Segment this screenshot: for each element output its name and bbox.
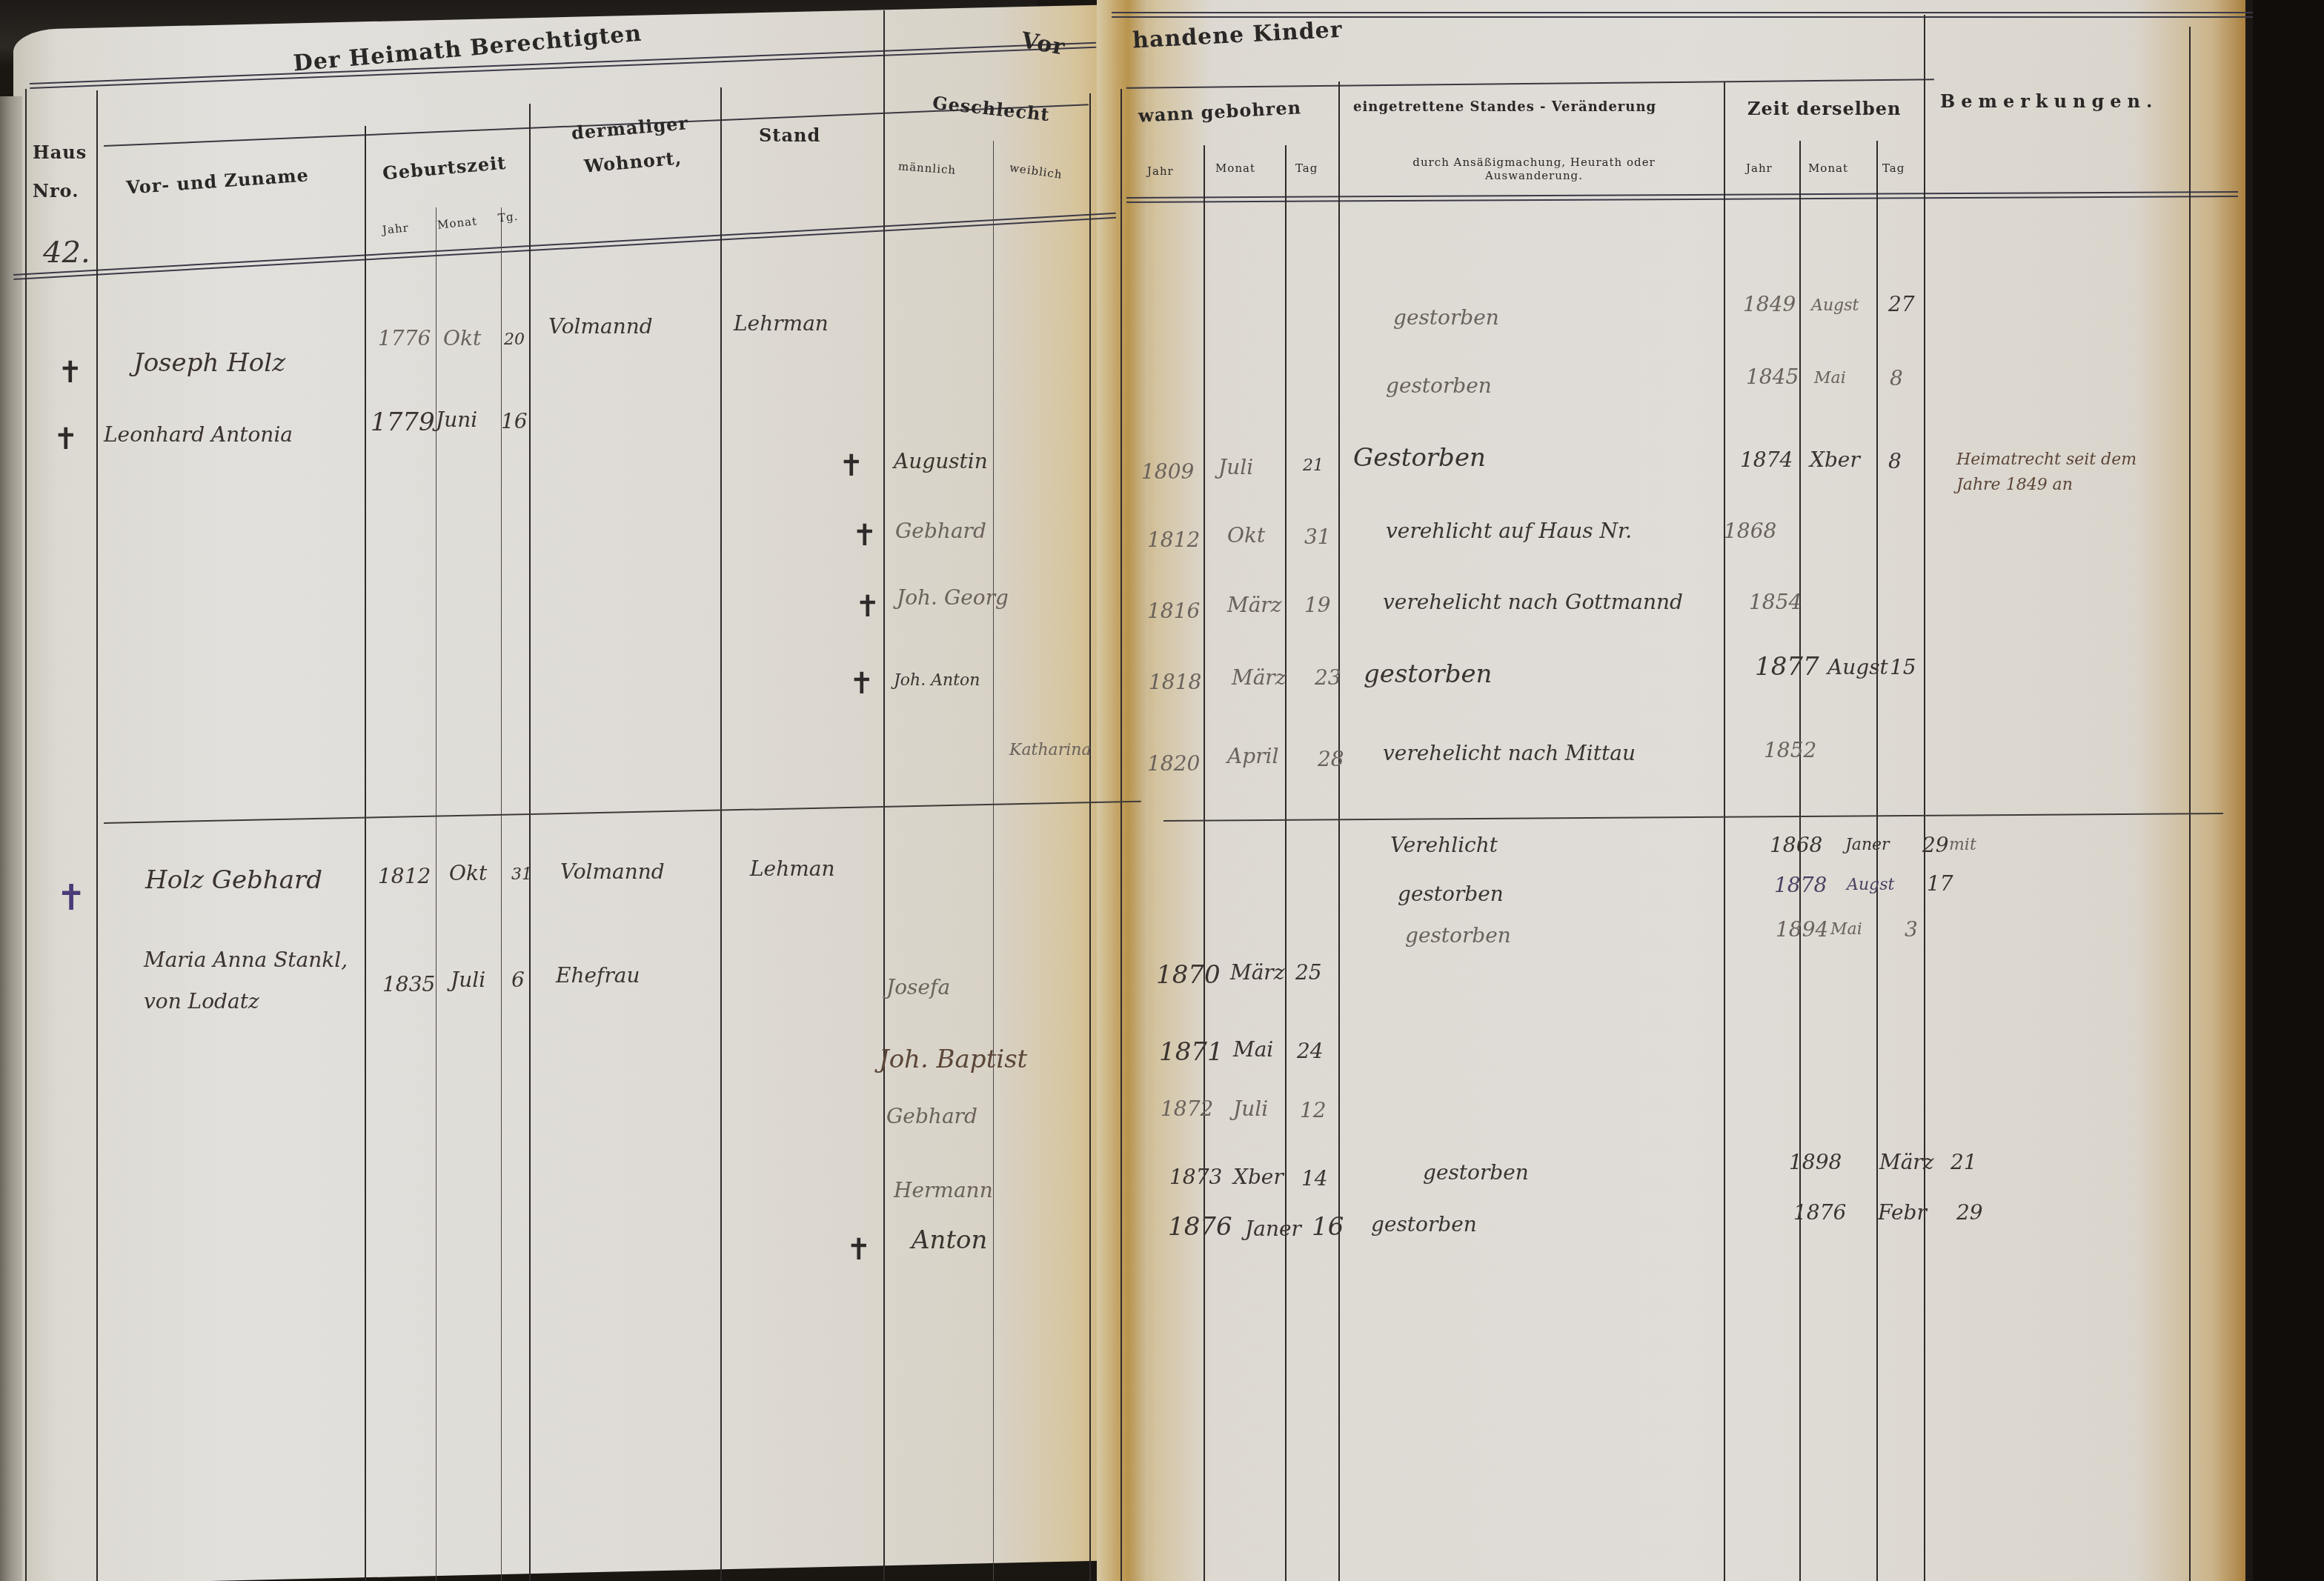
child-change-year: 1877 <box>1755 652 1819 682</box>
col-rule <box>993 141 994 1581</box>
child-name: Gebhard <box>895 519 986 543</box>
parent-birth-day: 20 <box>504 330 525 349</box>
child-remark: Heimatrecht seit dem Jahre 1849 an <box>1956 447 2179 498</box>
child-birth-day: 14 <box>1301 1166 1328 1191</box>
deceased-cross-icon: ✝ <box>839 449 864 483</box>
child-name: Josefa <box>886 975 950 999</box>
extra-change-year: 1894 <box>1776 917 1828 942</box>
extra-change-month: Mai <box>1830 920 1862 939</box>
child-birth-day: 12 <box>1300 1098 1327 1122</box>
register-book-spread: Der Heimath Berechtigten Vor Haus Nro. V… <box>0 0 2324 1581</box>
child-change-month: Augst <box>1827 655 1888 679</box>
child-birth-month: März <box>1232 665 1286 690</box>
col-rule <box>96 90 98 1581</box>
child-change: gestorben <box>1364 659 1493 689</box>
background-right <box>2253 0 2324 1581</box>
child-birth-day: 19 <box>1304 593 1331 617</box>
child-birth-month: Mai <box>1233 1037 1273 1062</box>
col-rule <box>1876 141 1878 1581</box>
parent-change-day: 8 <box>1890 366 1903 390</box>
child-name: Joh. Georg <box>897 585 1009 610</box>
header-time-day: Tag <box>1882 162 1905 175</box>
child-birth-month: Janer <box>1245 1216 1301 1241</box>
child-change-year: 1876 <box>1793 1200 1846 1225</box>
col-rule <box>1285 145 1286 1581</box>
col-rule <box>365 126 366 1581</box>
header-birth-day: Tg. <box>497 210 519 225</box>
col-rule <box>720 87 722 1581</box>
header-born-month: Monat <box>1215 162 1255 175</box>
parent-birth-month: Okt <box>443 326 481 350</box>
child-change-day: 8 <box>1888 449 1902 473</box>
header-time-month: Monat <box>1808 162 1848 175</box>
header-birth-year: Jahr <box>382 221 409 237</box>
child-change-year: 1854 <box>1749 590 1802 614</box>
child-birth-year: 1870 <box>1156 960 1221 990</box>
right-page <box>1123 0 2245 1581</box>
page-edge <box>0 96 22 1581</box>
child-birth-day: 16 <box>1312 1212 1344 1242</box>
child-birth-day: 21 <box>1303 456 1324 475</box>
child-birth-year: 1809 <box>1141 459 1194 484</box>
top-double-rule-right <box>1112 12 2253 18</box>
child-change-month: Febr <box>1878 1200 1927 1225</box>
parent-birth-day: 6 <box>511 968 525 992</box>
parent-change: Verehlicht <box>1390 833 1498 857</box>
child-birth-year: 1812 <box>1147 527 1200 552</box>
col-rule <box>1338 81 1340 1581</box>
child-birth-month: März <box>1230 960 1285 985</box>
parent-change-day: 27 <box>1888 292 1915 316</box>
child-change: gestorben <box>1371 1212 1477 1236</box>
child-birth-month: Okt <box>1227 523 1265 547</box>
parent-name: Joseph Holz <box>133 348 285 378</box>
child-change-day: 29 <box>1956 1200 1983 1225</box>
child-birth-month: Juli <box>1218 455 1253 479</box>
header-time-year: Jahr <box>1746 162 1773 175</box>
parent-name: Maria Anna Stankl, von Lodatz <box>144 939 366 1022</box>
child-birth-year: 1876 <box>1168 1212 1232 1242</box>
deceased-cross-icon: ✝ <box>852 519 877 553</box>
child-birth-day: 31 <box>1304 525 1331 549</box>
header-born-year: Jahr <box>1147 164 1174 178</box>
col-rule <box>2189 27 2191 1581</box>
header-haus-nro: Haus Nro. <box>33 133 92 210</box>
child-birth-month: Juli <box>1233 1096 1268 1121</box>
child-birth-year: 1820 <box>1147 751 1200 776</box>
parent-change-year: 1849 <box>1743 292 1796 316</box>
book-gutter <box>1097 0 1149 1581</box>
child-birth-year: 1871 <box>1159 1037 1224 1067</box>
child-name: Augustin <box>894 449 988 473</box>
child-name: Joh. Baptist <box>879 1045 1027 1074</box>
child-birth-month: März <box>1227 593 1282 617</box>
child-birth-day: 24 <box>1297 1039 1324 1063</box>
child-birth-year: 1873 <box>1169 1165 1222 1189</box>
child-change: verehelicht nach Gottmannd <box>1383 590 1683 614</box>
extra-change: gestorben <box>1405 923 1511 948</box>
deceased-cross-icon: ✝ <box>849 667 874 701</box>
parent-change-year: 1868 <box>1770 833 1822 857</box>
child-birth-month: Xber <box>1233 1165 1284 1189</box>
deceased-cross-icon: ✝ <box>56 877 86 919</box>
col-rule <box>529 104 531 1581</box>
header-residence: dermaliger Wohnort, <box>554 104 708 185</box>
col-rule <box>1203 145 1205 1581</box>
child-birth-year: 1872 <box>1161 1096 1213 1121</box>
parent-change: gestorben <box>1398 882 1504 906</box>
child-name: Anton <box>912 1225 987 1255</box>
child-change-day: 21 <box>1950 1150 1977 1174</box>
col-rule <box>1799 141 1801 1581</box>
parent-name: Holz Gebhard <box>145 865 322 895</box>
child-name: Joh. Anton <box>894 671 980 690</box>
child-change-year: 1898 <box>1789 1150 1842 1174</box>
child-name: Katharina <box>1009 741 1092 759</box>
child-change: verehelicht nach Mittau <box>1383 741 1636 765</box>
parent-name: Leonhard Antonia <box>104 422 293 447</box>
deceased-cross-icon: ✝ <box>846 1233 871 1267</box>
parent-change-year: 1845 <box>1746 365 1799 389</box>
parent-residence: Ehefrau <box>556 963 640 988</box>
child-birth-day: 23 <box>1315 665 1341 690</box>
child-birth-day: 28 <box>1318 747 1344 771</box>
parent-birth-month: Juli <box>451 968 485 992</box>
header-remarks: Bemerkungen. <box>1940 90 2158 112</box>
child-change-year: 1868 <box>1724 519 1776 543</box>
col-rule <box>1089 93 1091 1581</box>
parent-change-year: 1878 <box>1774 873 1827 897</box>
header-time: Zeit derselben <box>1747 98 1901 119</box>
child-birth-day: 25 <box>1295 960 1322 985</box>
child-change-year: 1852 <box>1764 738 1816 762</box>
child-change: gestorben <box>1423 1160 1529 1185</box>
house-number: 42. <box>43 236 90 270</box>
parent-birth-year: 1779 <box>371 407 435 437</box>
child-change-day: 15 <box>1890 655 1916 679</box>
parent-change-month: Augst <box>1847 876 1894 894</box>
col-rule <box>883 10 885 1581</box>
child-name: Gebhard <box>886 1104 977 1128</box>
parent-birth-month: Okt <box>449 861 487 885</box>
parent-stand: Lehrman <box>734 311 829 336</box>
parent-birth-month: Juni <box>436 407 477 432</box>
col-rule <box>1120 89 1122 1581</box>
left-page <box>13 4 1132 1581</box>
child-change: Gestorben <box>1353 443 1486 473</box>
parent-residence: Volmannd <box>548 314 653 339</box>
parent-change: gestorben <box>1393 305 1499 330</box>
parent-change-day: 29 <box>1922 833 1949 857</box>
parent-birth-year: 1835 <box>382 972 435 996</box>
parent-change-month: Augst <box>1811 296 1859 315</box>
header-change-sub: durch Ansäßigmachung, Heurath oder Auswa… <box>1371 156 1697 182</box>
child-change: verehlicht auf Haus Nr. <box>1386 519 1632 543</box>
parent-change-day: 17 <box>1927 871 1953 896</box>
deceased-cross-icon: ✝ <box>855 590 880 624</box>
deceased-cross-icon: ✝ <box>53 422 79 456</box>
parent-change-month: Mai <box>1814 369 1846 387</box>
parent-birth-year: 1812 <box>378 864 431 888</box>
extra-change-day: 3 <box>1905 917 1918 942</box>
child-name: Hermann <box>894 1178 993 1202</box>
header-born-day: Tag <box>1295 162 1318 175</box>
child-birth-year: 1816 <box>1147 599 1200 623</box>
parent-birth-day: 31 <box>511 865 532 884</box>
parent-change: gestorben <box>1386 373 1492 398</box>
col-rule <box>25 89 27 1581</box>
child-change-month: Xber <box>1810 447 1860 472</box>
deceased-cross-icon: ✝ <box>58 356 83 390</box>
child-birth-month: April <box>1227 744 1278 768</box>
col-rule <box>1724 81 1725 1581</box>
header-stand: Stand <box>759 124 820 146</box>
header-change: eingetrettene Standes - Veränderung <box>1353 99 1656 115</box>
parent-birth-year: 1776 <box>378 326 431 350</box>
parent-remark: mit <box>1949 836 1976 854</box>
parent-change-month: Janer <box>1845 836 1890 854</box>
parent-birth-day: 16 <box>501 409 528 433</box>
child-change-month: März <box>1879 1150 1934 1174</box>
child-change-year: 1874 <box>1740 447 1793 472</box>
col-rule <box>1924 15 1925 1581</box>
child-birth-year: 1818 <box>1149 670 1201 694</box>
parent-stand: Lehman <box>750 856 834 881</box>
parent-residence: Volmannd <box>560 859 665 884</box>
